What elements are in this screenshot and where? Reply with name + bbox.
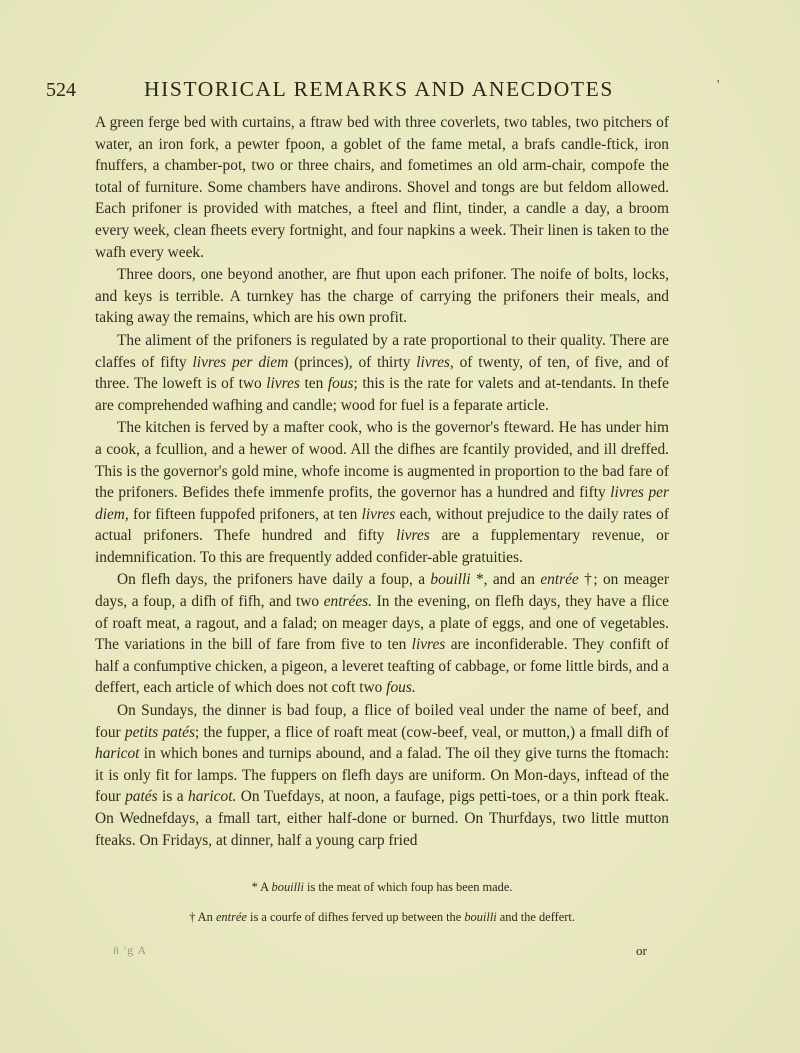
catchword: or: [636, 943, 647, 959]
text-run: ten: [300, 375, 328, 392]
italic-run: livres,: [416, 354, 453, 371]
italic-run: haricot.: [188, 788, 236, 805]
text-run: Three doors, one beyond another, are fhu…: [95, 266, 669, 326]
text-run: is a courfe of difhes ferved up between …: [247, 910, 464, 924]
text-run: The kitchen is ferved by a mafter cook, …: [95, 419, 669, 501]
italic-run: livres per diem: [193, 354, 289, 371]
paragraph: Three doors, one beyond another, are fhu…: [95, 264, 669, 329]
text-run: is a: [158, 788, 188, 805]
text-run: and the deffert.: [497, 910, 575, 924]
running-head: HISTORICAL REMARKS AND ANECDOTES: [144, 77, 674, 102]
text-run: *, and an: [471, 571, 541, 588]
italic-run: fous.: [386, 679, 416, 696]
italic-run: entrées.: [324, 593, 372, 610]
text-run: for fifteen fuppofed prifoners, at ten: [129, 506, 362, 523]
text-run: (princes), of thirty: [288, 354, 416, 371]
text-run: is the meat of which foup has been made.: [304, 880, 513, 894]
text-run: A green ferge bed with curtains, a ftraw…: [95, 114, 669, 261]
text-run: † An: [189, 910, 216, 924]
text-run: ; the fupper, a flice of roaft meat (cow…: [195, 724, 669, 741]
body-text: A green ferge bed with curtains, a ftraw…: [95, 112, 669, 851]
italic-run: livres: [412, 636, 446, 653]
text-run: * A: [252, 880, 272, 894]
signature-mark: n̈ 'g A: [113, 943, 147, 958]
italic-run: haricot: [95, 745, 139, 762]
italic-run: patés: [125, 788, 158, 805]
paragraph: On Sundays, the dinner is bad foup, a fl…: [95, 700, 669, 851]
footnote-bouilli: * A bouilli is the meat of which foup ha…: [95, 880, 669, 895]
italic-run: bouilli: [272, 880, 304, 894]
italic-run: fous: [328, 375, 354, 392]
paragraph: The kitchen is ferved by a mafter cook, …: [95, 417, 669, 568]
italic-run: livres: [362, 506, 396, 523]
paragraph: On flefh days, the prifoners have daily …: [95, 569, 669, 699]
paragraph: The aliment of the prifoners is regulate…: [95, 330, 669, 416]
text-run: On flefh days, the prifoners have daily …: [117, 571, 430, 588]
page-number: 524: [46, 79, 76, 102]
italic-run: bouilli: [430, 571, 470, 588]
italic-run: livres: [396, 527, 430, 544]
paragraph: A green ferge bed with curtains, a ftraw…: [95, 112, 669, 263]
italic-run: entrée: [540, 571, 578, 588]
italic-run: bouilli: [464, 910, 496, 924]
italic-run: entrée: [216, 910, 247, 924]
italic-run: petits patés: [125, 724, 195, 741]
printer-mark: ': [717, 78, 720, 94]
footnote-entree: † An entrée is a courfe of difhes ferved…: [95, 910, 669, 925]
italic-run: livres: [266, 375, 300, 392]
